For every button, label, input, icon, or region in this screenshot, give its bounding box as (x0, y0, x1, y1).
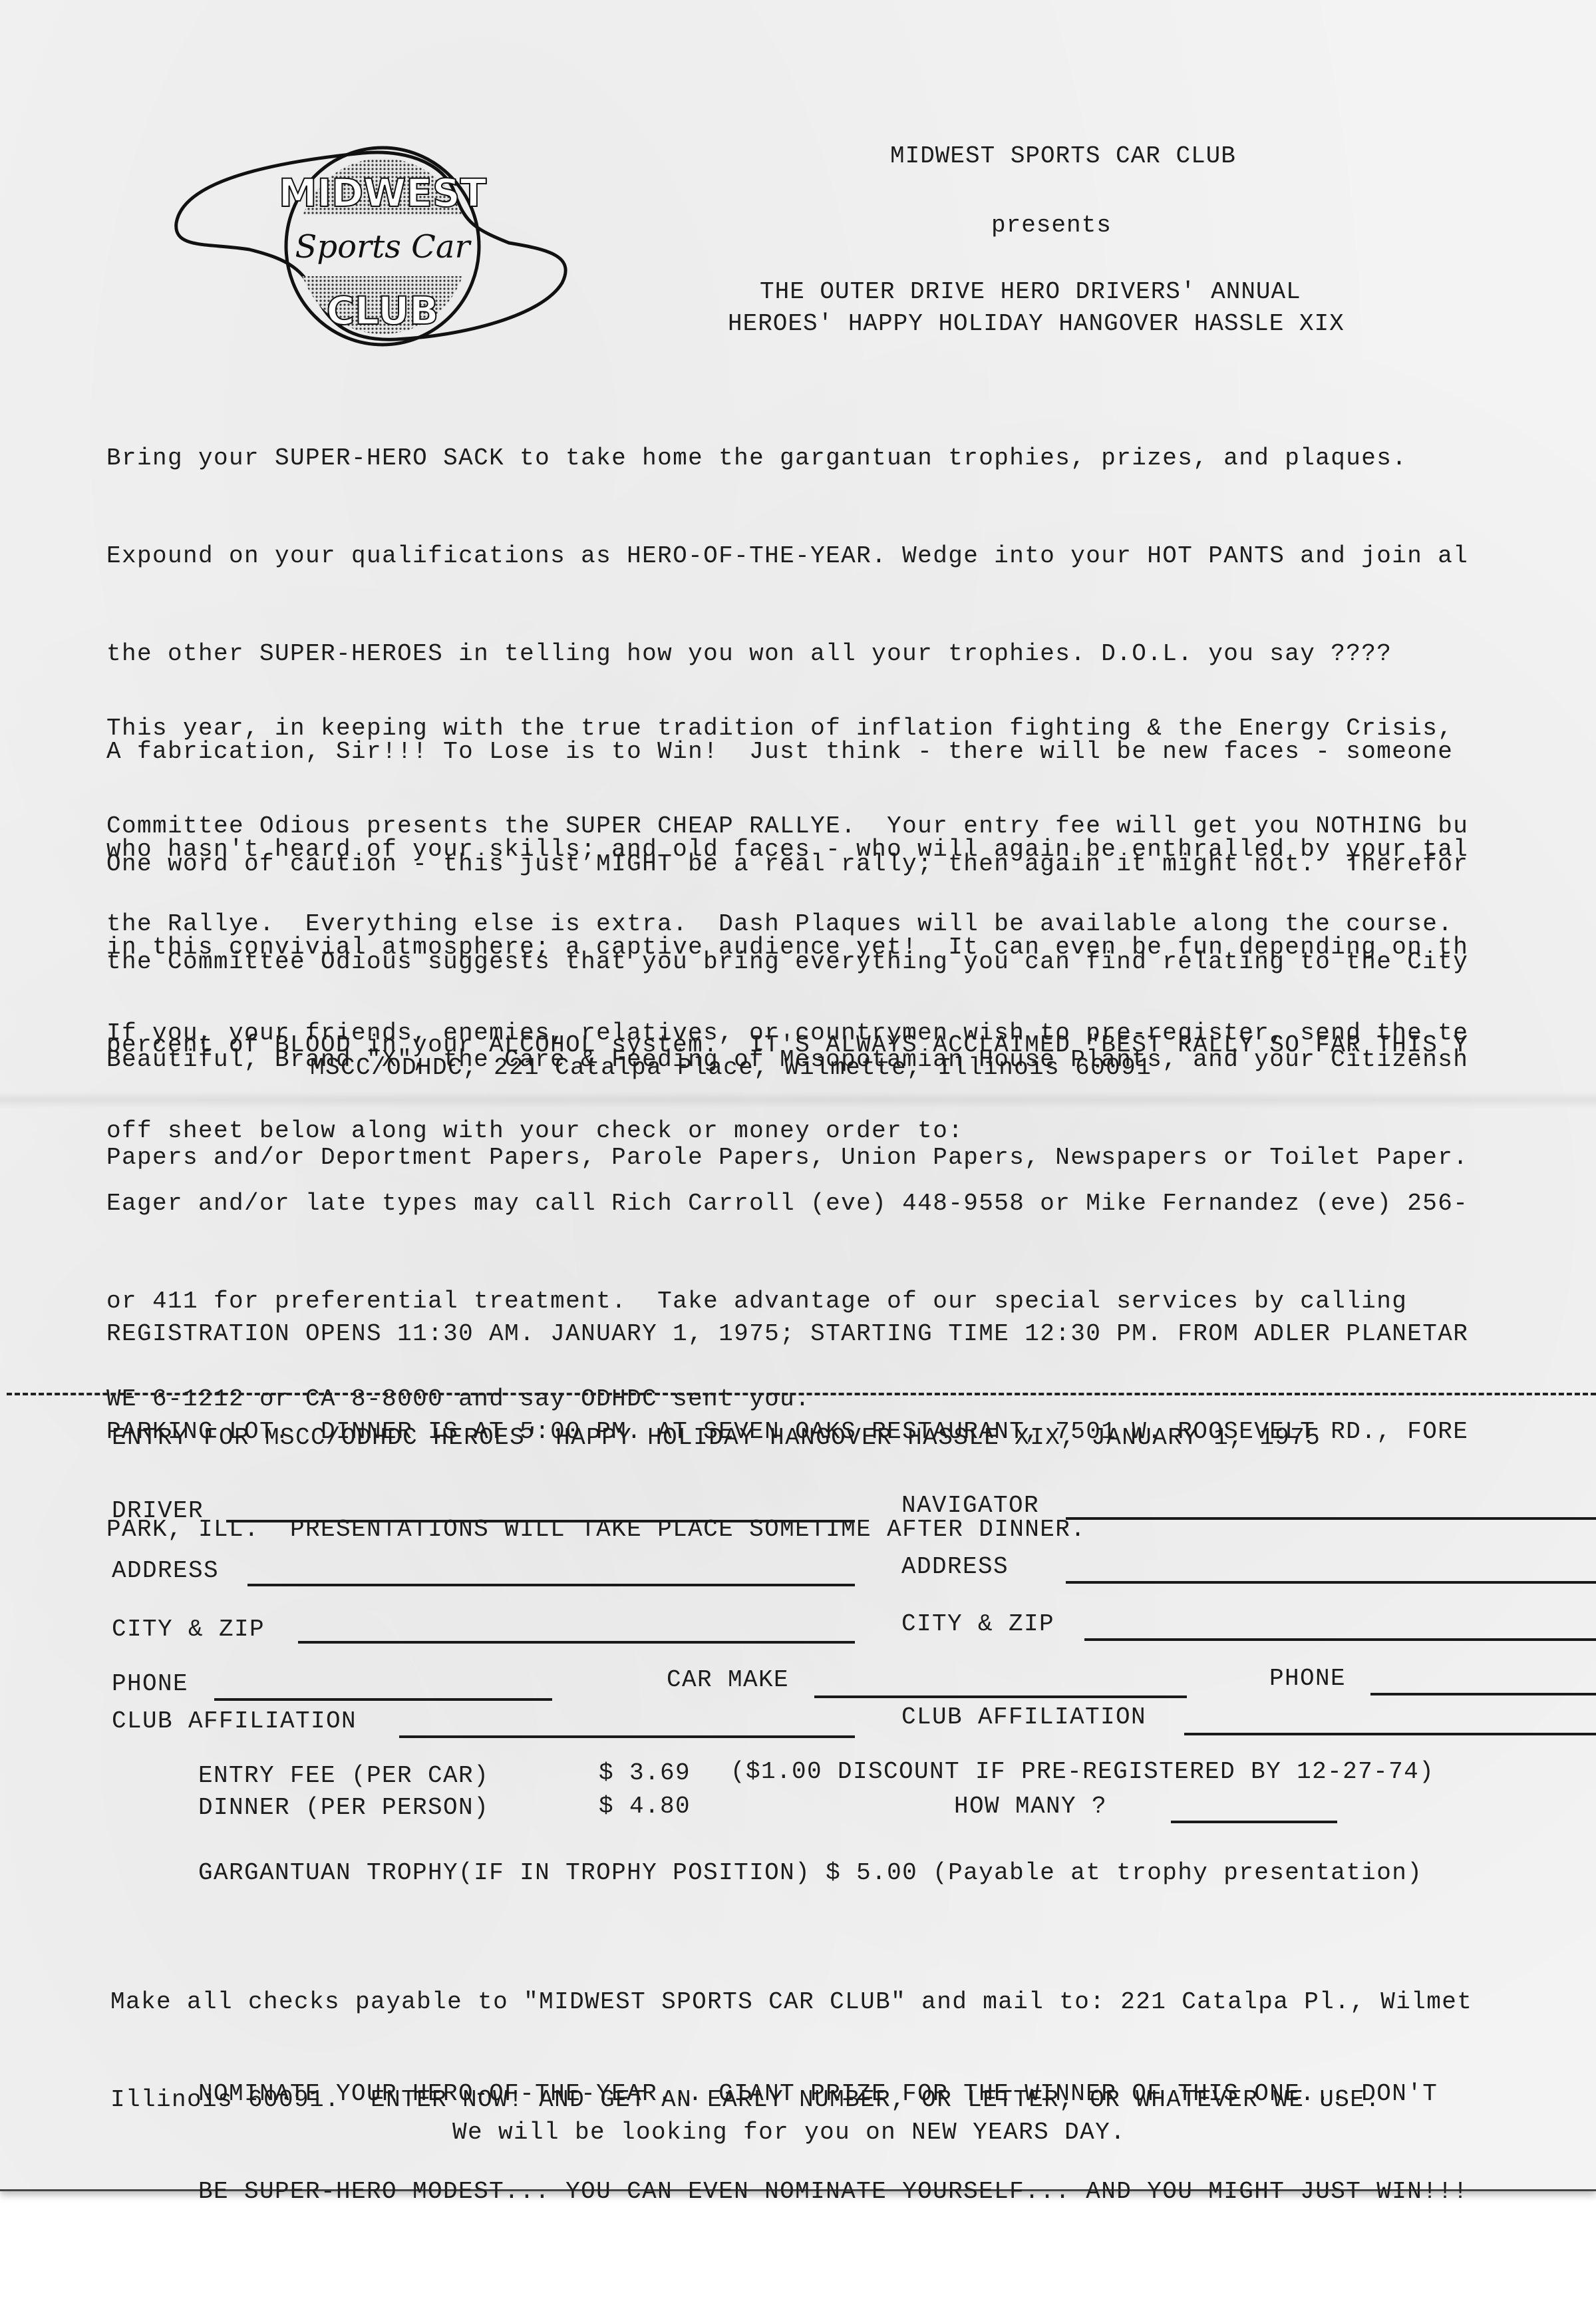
text-line: NOMINATE YOUR HERO-OF-THE-YEAR... GIANT … (198, 2077, 1468, 2110)
text-line: If you, your friends, enemies, relatives… (106, 1017, 1468, 1049)
flyer-page: MIDWEST Sports Car CLUB MIDWEST SPORTS C… (0, 0, 1596, 2191)
how-many-field[interactable] (1171, 1821, 1337, 1823)
text-line: REGISTRATION OPENS 11:30 AM. JANUARY 1, … (106, 1318, 1468, 1350)
driver-address-label: ADDRESS (112, 1554, 219, 1587)
presents-text: presents (991, 212, 1112, 239)
dinner-label: DINNER (PER PERSON) (198, 1791, 489, 1824)
closing-line: We will be looking for you on NEW YEARS … (452, 2116, 1126, 2149)
navigator-label: NAVIGATOR (901, 1489, 1039, 1522)
driver-phone-field[interactable] (214, 1698, 552, 1701)
mailing-address: MSCC/ODHDC, 221 Catalpa Place, Wilmette,… (310, 1051, 1152, 1084)
trophy-fee-line: GARGANTUAN TROPHY(IF IN TROPHY POSITION)… (198, 1857, 1422, 1889)
navigator-field[interactable] (1066, 1517, 1596, 1520)
tear-off-line (7, 1393, 1596, 1395)
text-line: This year, in keeping with the true trad… (106, 712, 1468, 745)
logo-bottom-text: CLUB (327, 288, 439, 333)
navigator-phone-label: PHONE (1269, 1662, 1346, 1695)
navigator-address-field[interactable] (1066, 1581, 1596, 1584)
car-make-field[interactable] (814, 1695, 1187, 1698)
entry-fee-amount: $ 3.69 (599, 1757, 691, 1789)
logo-middle-text: Sports Car (295, 228, 472, 266)
driver-field[interactable] (226, 1520, 855, 1522)
event-title-line2: HEROES' HAPPY HOLIDAY HANGOVER HASSLE XI… (728, 310, 1345, 337)
driver-club-field[interactable] (399, 1735, 855, 1738)
entry-fee-label: ENTRY FEE (PER CAR) (198, 1759, 489, 1792)
text-line: Eager and/or late types may call Rich Ca… (106, 1187, 1468, 1220)
driver-label: DRIVER (112, 1495, 204, 1527)
how-many-label: HOW MANY ? (954, 1790, 1107, 1823)
entry-form-title: ENTRY FOR MSCC/ODHDC HEROES' HAPPY HOLID… (112, 1421, 1321, 1454)
driver-city-field[interactable] (298, 1641, 855, 1644)
driver-address-field[interactable] (247, 1584, 855, 1586)
dinner-amount: $ 4.80 (599, 1790, 691, 1823)
logo-top-text: MIDWEST (279, 170, 487, 216)
org-name: MIDWEST SPORTS CAR CLUB (890, 142, 1236, 170)
driver-phone-label: PHONE (112, 1668, 188, 1700)
event-title-line1: THE OUTER DRIVE HERO DRIVERS' ANNUAL (760, 278, 1301, 305)
entry-fee-discount-note: ($1.00 DISCOUNT IF PRE-REGISTERED BY 12-… (730, 1755, 1434, 1788)
navigator-address-label: ADDRESS (901, 1550, 1009, 1583)
driver-club-label: CLUB AFFILIATION (112, 1705, 357, 1737)
text-line: BE SUPER-HERO MODEST... YOU CAN EVEN NOM… (198, 2175, 1468, 2208)
navigator-phone-field[interactable] (1370, 1693, 1596, 1695)
car-make-label: CAR MAKE (667, 1664, 789, 1696)
text-line: Expound on your qualifications as HERO-O… (106, 540, 1468, 572)
navigator-city-label: CITY & ZIP (901, 1608, 1054, 1640)
text-line: Bring your SUPER-HERO SACK to take home … (106, 442, 1468, 474)
text-line: One word of caution - this just MIGHT be… (106, 848, 1468, 880)
driver-city-label: CITY & ZIP (112, 1613, 265, 1646)
navigator-club-field[interactable] (1184, 1733, 1596, 1735)
navigator-city-field[interactable] (1084, 1638, 1596, 1641)
navigator-club-label: CLUB AFFILIATION (901, 1701, 1146, 1733)
club-logo: MIDWEST Sports Car CLUB (163, 143, 589, 349)
